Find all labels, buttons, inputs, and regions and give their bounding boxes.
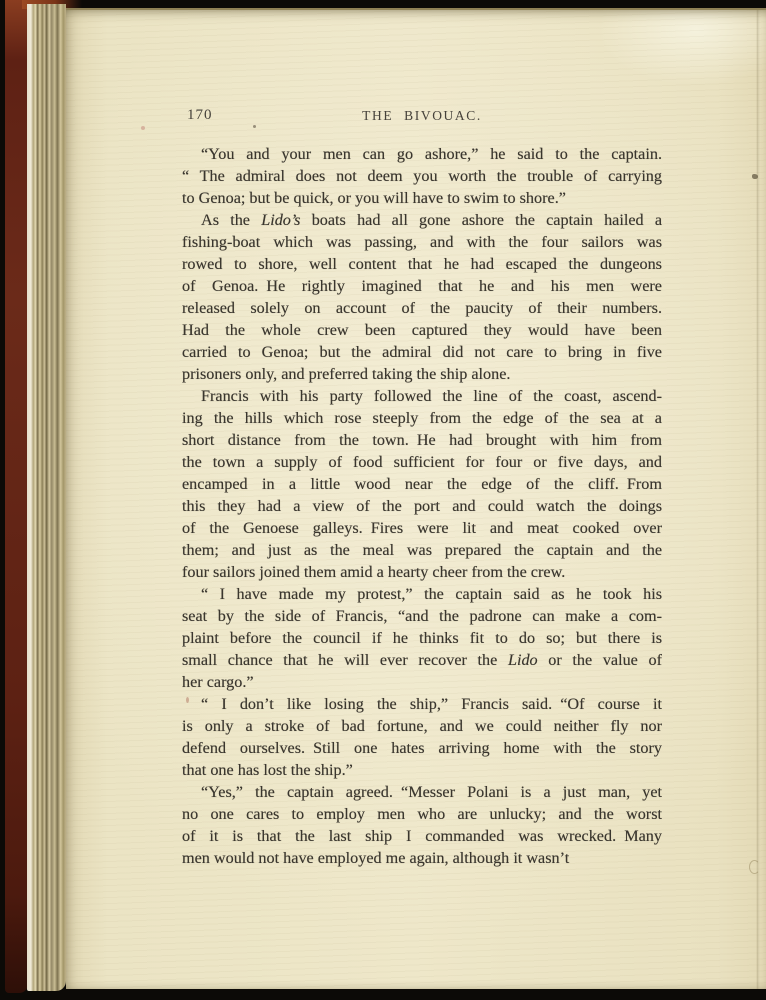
text-line: carried to Genoa; but the admiral did no… xyxy=(182,341,662,363)
running-title: THE BIVOUAC. xyxy=(182,108,662,124)
text-line: men would not have employed me again, al… xyxy=(182,847,662,869)
text-line: small chance that he will ever recover t… xyxy=(182,649,662,671)
text-line: of the Genoese galleys. Fires were lit a… xyxy=(182,517,662,539)
paragraph: “ I don’t like losing the ship,” Francis… xyxy=(182,693,662,781)
text-line: Francis with his party followed the line… xyxy=(182,385,662,407)
text-line: released solely on account of the paucit… xyxy=(182,297,662,319)
text-line: is only a stroke of bad fortune, and we … xyxy=(182,715,662,737)
body-text: “You and your men can go ashore,” he sai… xyxy=(182,143,662,869)
text-line: “ I don’t like losing the ship,” Francis… xyxy=(182,693,662,715)
text-line: encamped in a little wood near the edge … xyxy=(182,473,662,495)
page-crease xyxy=(756,10,760,989)
paragraph: “Yes,” the captain agreed. “Messer Polan… xyxy=(182,781,662,869)
text-line: of Genoa. He rightly imagined that he an… xyxy=(182,275,662,297)
text-line: rowed to shore, well content that he had… xyxy=(182,253,662,275)
paragraph: “ I have made my protest,” the captain s… xyxy=(182,583,662,693)
text-line: As the Lido’s boats had all gone ashore … xyxy=(182,209,662,231)
text-line: short distance from the town. He had bro… xyxy=(182,429,662,451)
text-line: her cargo.” xyxy=(182,671,662,693)
text-line: “Yes,” the captain agreed. “Messer Polan… xyxy=(182,781,662,803)
text-line: no one cares to employ men who are unluc… xyxy=(182,803,662,825)
text-line: prisoners only, and preferred taking the… xyxy=(182,363,662,385)
text-line: “ The admiral does not deem you worth th… xyxy=(182,165,662,187)
text-line: to Genoa; but be quick, or you will have… xyxy=(182,187,662,209)
text-line: “ I have made my protest,” the captain s… xyxy=(182,583,662,605)
text-line: them; and just as the meal was prepared … xyxy=(182,539,662,561)
text-line: defend ourselves. Still one hates arrivi… xyxy=(182,737,662,759)
text-line: Had the whole crew been captured they wo… xyxy=(182,319,662,341)
paragraph: “You and your men can go ashore,” he sai… xyxy=(182,143,662,209)
book-cover xyxy=(5,0,28,993)
text-line: the town a supply of food sufficient for… xyxy=(182,451,662,473)
text-line: fishing-boat which was passing, and with… xyxy=(182,231,662,253)
paragraph: Francis with his party followed the line… xyxy=(182,385,662,583)
text-line: ing the hills which rose steeply from th… xyxy=(182,407,662,429)
text-line: that one has lost the ship.” xyxy=(182,759,662,781)
text-line: seat by the side of Francis, “and the pa… xyxy=(182,605,662,627)
text-line: this they had a view of the port and cou… xyxy=(182,495,662,517)
text-line: of it is that the last ship I commanded … xyxy=(182,825,662,847)
paragraph: As the Lido’s boats had all gone ashore … xyxy=(182,209,662,385)
page-surface: 170 THE BIVOUAC. “You and your men can g… xyxy=(66,8,766,989)
text-line: plaint before the council if he thinks f… xyxy=(182,627,662,649)
running-header: 170 THE BIVOUAC. xyxy=(182,107,662,125)
text-line: “You and your men can go ashore,” he sai… xyxy=(182,143,662,165)
stacked-page-edges xyxy=(27,4,66,991)
printed-text-block: 170 THE BIVOUAC. “You and your men can g… xyxy=(182,107,662,869)
text-line: four sailors joined them amid a hearty c… xyxy=(182,561,662,583)
